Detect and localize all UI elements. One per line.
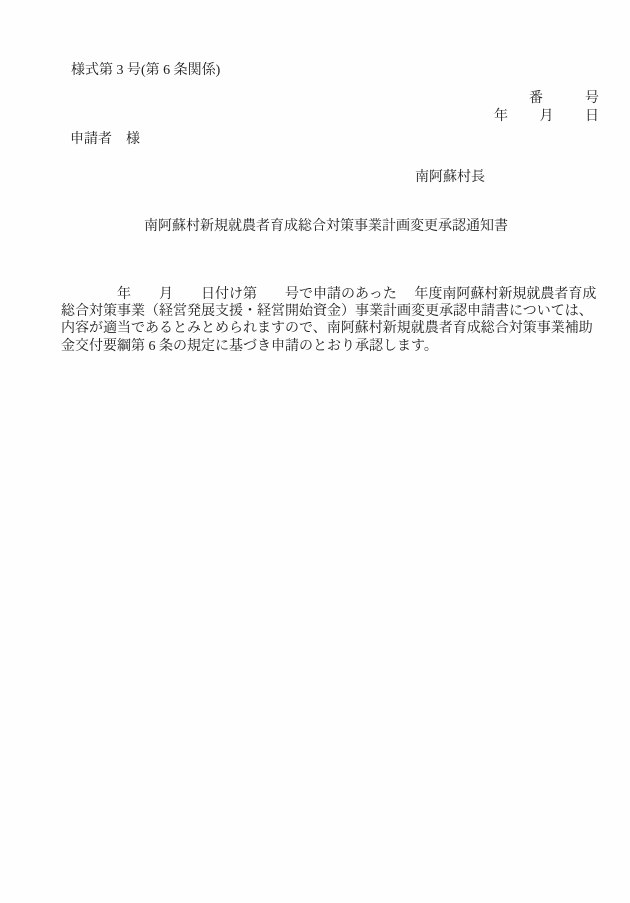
body-paragraph: 年 月 日付け第 号で申請のあった 年度南阿蘇村新規就農者育成 総合対策事業（経…	[61, 286, 596, 355]
date-line: 年 月 日	[494, 110, 599, 124]
addressee-label: 申請者 様	[70, 133, 140, 147]
sender-title-label: 南阿蘇村長	[415, 171, 485, 185]
document-title: 南阿蘇村新規就農者育成総合対策事業計画変更承認通知書	[0, 220, 630, 234]
document-number-line: 番 号	[529, 92, 599, 106]
document-page: 様式第 3 号(第 6 条関係) 番 号 年 月 日 申請者 様 南阿蘇村長 南…	[0, 0, 630, 903]
form-number-label: 様式第 3 号(第 6 条関係)	[71, 64, 220, 78]
